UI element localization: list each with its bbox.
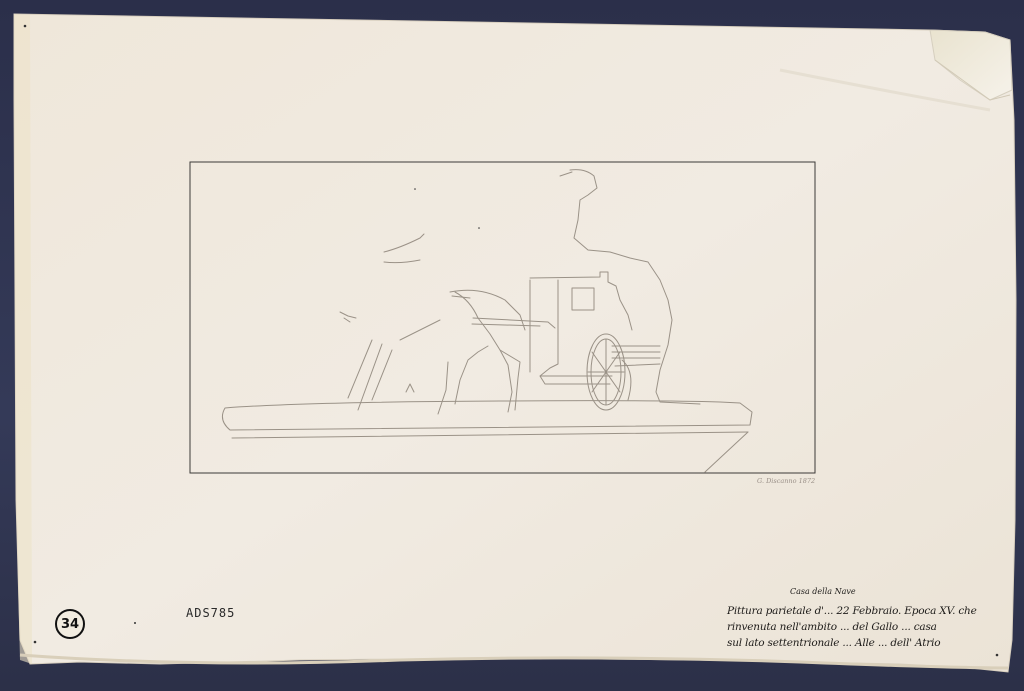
stamp-number: 34 xyxy=(61,617,79,632)
annotation-title: Casa della Nave xyxy=(790,587,856,596)
annotation-line-2: rinvenuta nell'ambito ... del Gallo ... … xyxy=(727,621,937,633)
inventory-number: ADS785 xyxy=(186,606,235,620)
annotation-line-1: Pittura parietale d'... 22 Febbraio. Epo… xyxy=(727,605,977,617)
annotation-line-3: sul lato settentrionale ... Alle ... del… xyxy=(727,637,940,649)
drawing-canvas xyxy=(0,0,1024,691)
paper-sheet: 34 ADS785 G. Discanno 1872 Casa della Na… xyxy=(0,0,1024,691)
collection-stamp: 34 xyxy=(55,609,85,639)
paper-outline xyxy=(14,14,1016,672)
artist-signature: G. Discanno 1872 xyxy=(757,477,815,485)
